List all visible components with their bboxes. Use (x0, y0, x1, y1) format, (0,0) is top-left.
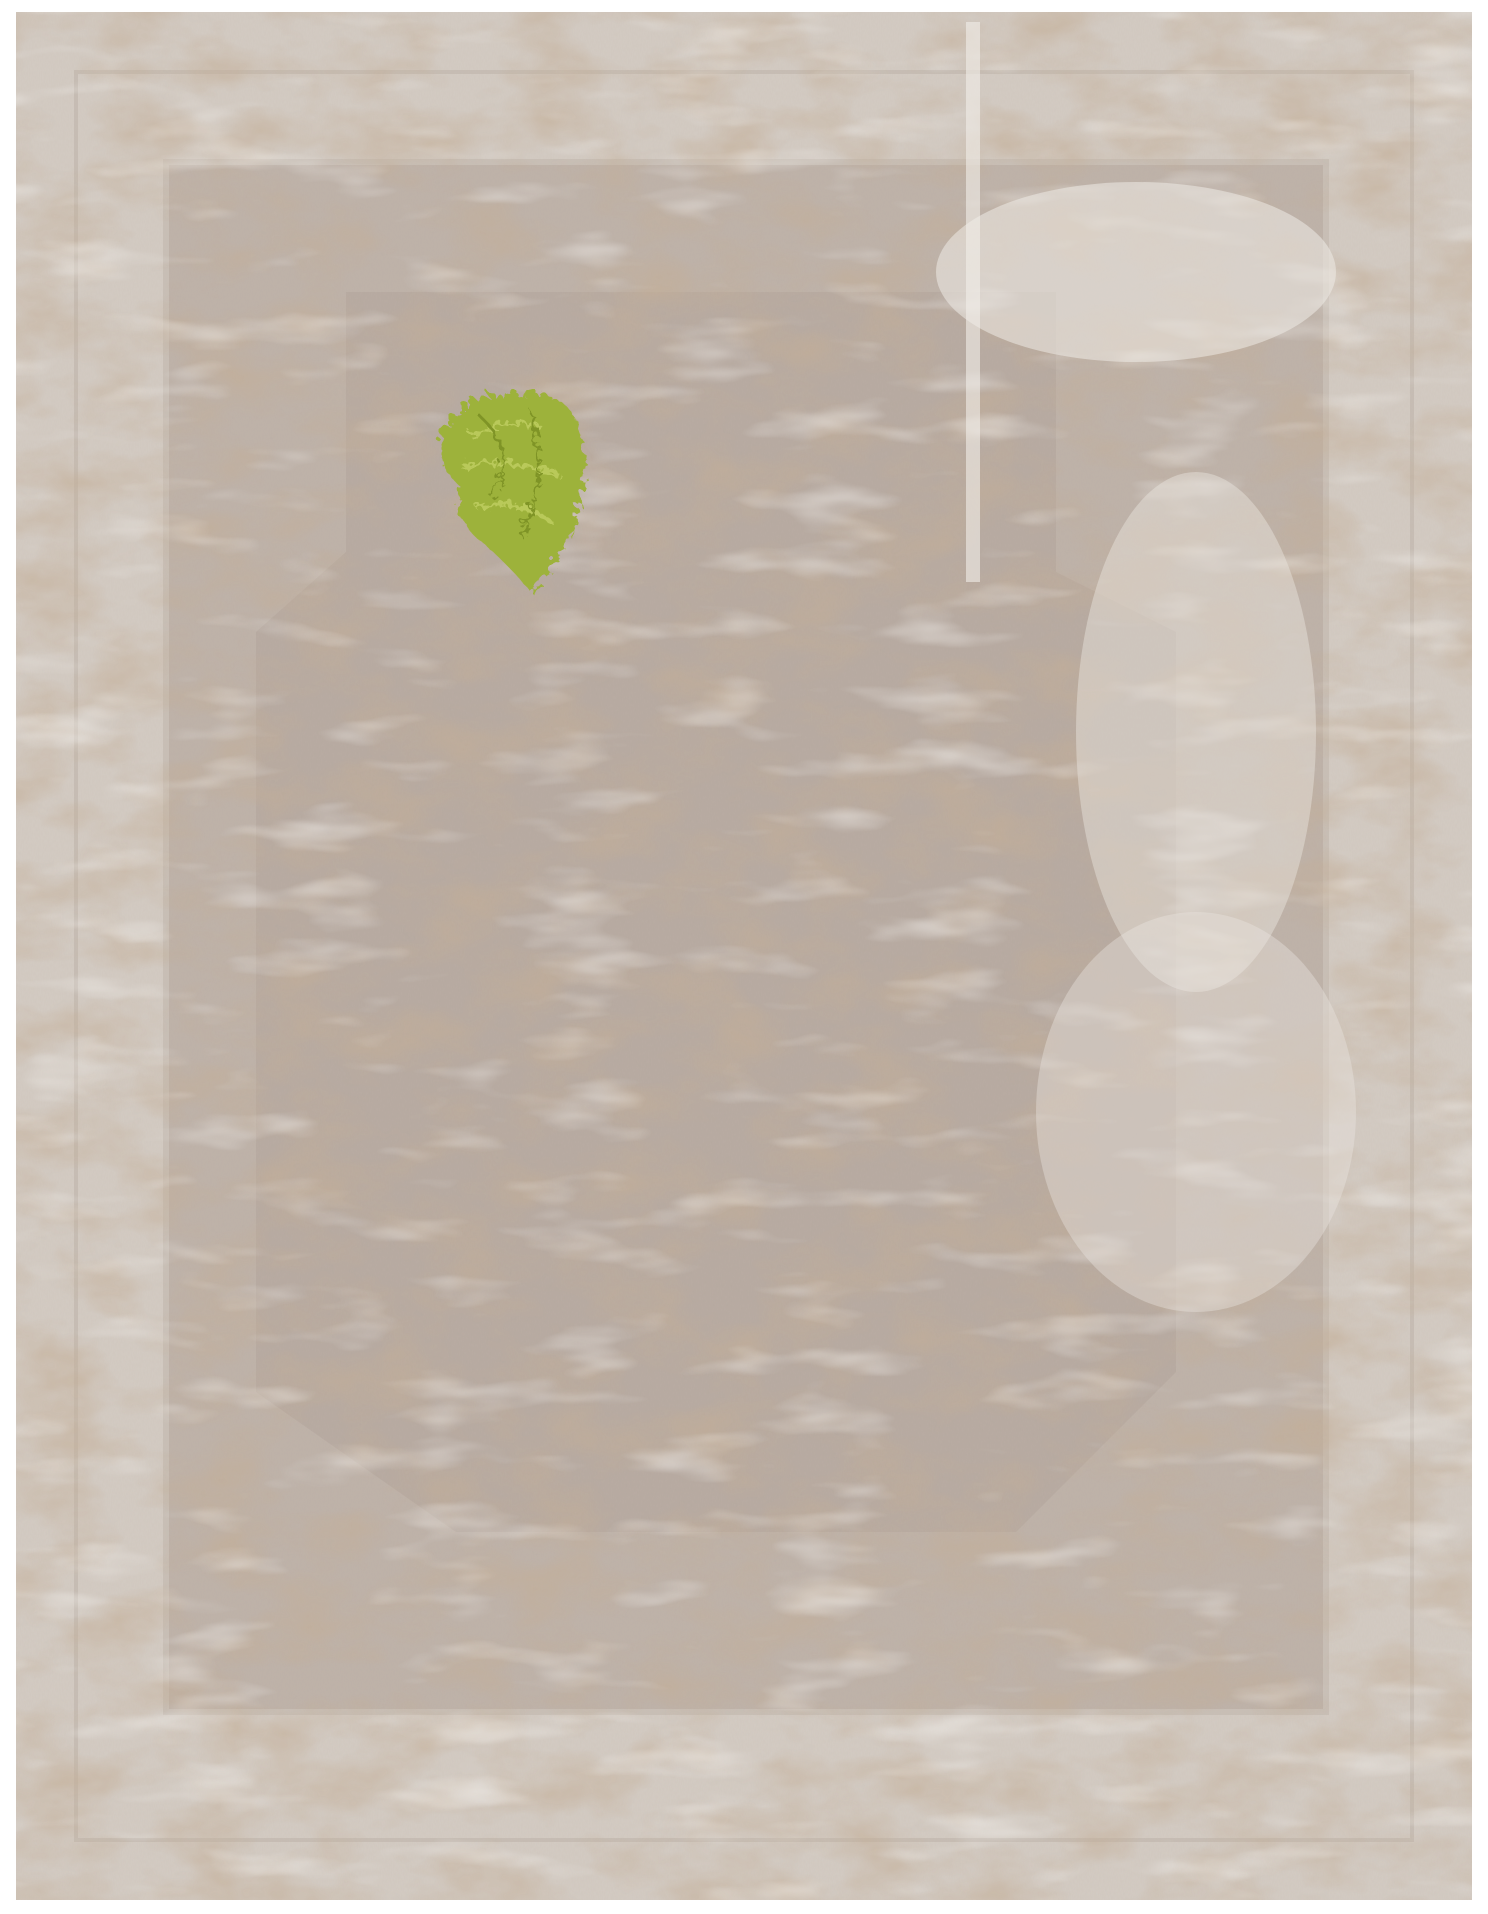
rug-artwork (16, 12, 1472, 1900)
rug (16, 12, 1472, 1900)
